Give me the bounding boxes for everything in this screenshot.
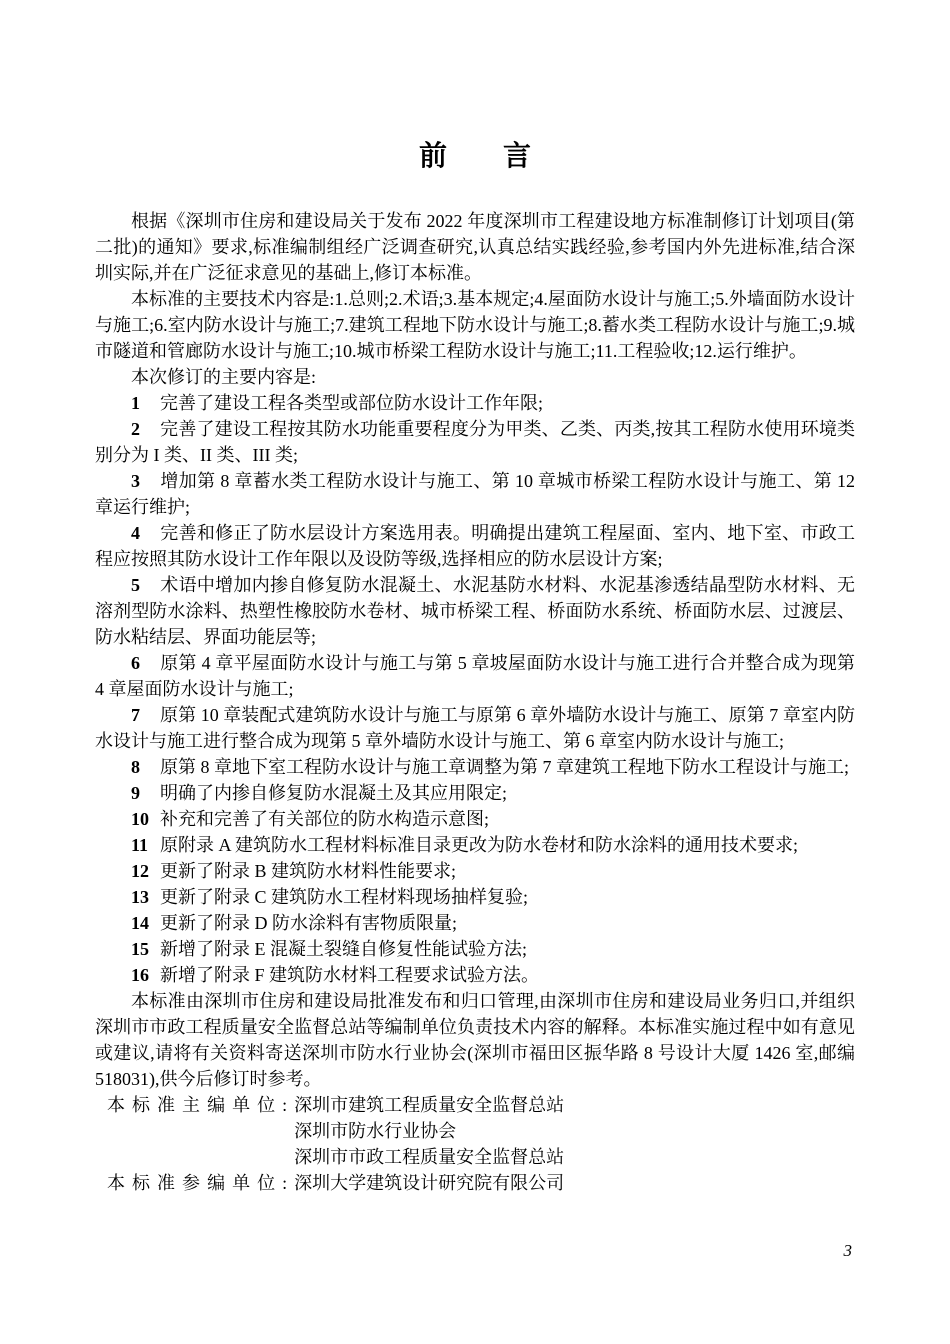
credit-orgs: 深圳大学建筑设计研究院有限公司 (294, 1170, 855, 1196)
item-number: 16 (131, 962, 151, 988)
item-number: 12 (131, 858, 151, 884)
item-text: 完善了建设工程按其防水功能重要程度分为甲类、乙类、丙类,按其工程防水使用环境类别… (95, 419, 855, 465)
item-text: 更新了附录 C 建筑防水工程材料现场抽样复验; (160, 887, 528, 907)
item-number: 10 (131, 806, 151, 832)
item-text: 更新了附录 B 建筑防水材料性能要求; (160, 861, 456, 881)
item-text: 原第 8 章地下室工程防水设计与施工章调整为第 7 章建筑工程地下防水工程设计与… (160, 757, 849, 777)
credit-org: 深圳大学建筑设计研究院有限公司 (294, 1170, 855, 1196)
item-number: 6 (131, 650, 151, 676)
item-text: 增加第 8 章蓄水类工程防水设计与施工、第 10 章城市桥梁工程防水设计与施工、… (95, 471, 855, 517)
credits-section: 本标准主编单位: 深圳市建筑工程质量安全监督总站 深圳市防水行业协会 深圳市市政… (95, 1092, 855, 1196)
list-item: 3增加第 8 章蓄水类工程防水设计与施工、第 10 章城市桥梁工程防水设计与施工… (95, 468, 855, 520)
list-item: 6原第 4 章平屋面防水设计与施工与第 5 章坡屋面防水设计与施工进行合并整合成… (95, 650, 855, 702)
credit-orgs: 深圳市建筑工程质量安全监督总站 深圳市防水行业协会 深圳市市政工程质量安全监督总… (294, 1092, 855, 1170)
list-item: 9明确了内掺自修复防水混凝土及其应用限定; (95, 780, 855, 806)
item-text: 新增了附录 E 混凝土裂缝自修复性能试验方法; (160, 939, 527, 959)
credit-org: 深圳市市政工程质量安全监督总站 (294, 1144, 855, 1170)
page-content: 前 言 根据《深圳市住房和建设局关于发布 2022 年度深圳市工程建设地方标准制… (95, 137, 855, 1196)
body-text: 根据《深圳市住房和建设局关于发布 2022 年度深圳市工程建设地方标准制修订计划… (95, 208, 855, 1092)
item-number: 8 (131, 754, 151, 780)
credit-org: 深圳市建筑工程质量安全监督总站 (294, 1092, 855, 1118)
list-item: 10补充和完善了有关部位的防水构造示意图; (95, 806, 855, 832)
item-text: 原附录 A 建筑防水工程材料标准目录更改为防水卷材和防水涂料的通用技术要求; (160, 835, 798, 855)
list-item: 13更新了附录 C 建筑防水工程材料现场抽样复验; (95, 884, 855, 910)
list-item: 1完善了建设工程各类型或部位防水设计工作年限; (95, 390, 855, 416)
paragraph-contents-overview: 本标准的主要技术内容是:1.总则;2.术语;3.基本规定;4.屋面防水设计与施工… (95, 286, 855, 364)
item-number: 2 (131, 416, 151, 442)
paragraph-intro-1: 根据《深圳市住房和建设局关于发布 2022 年度深圳市工程建设地方标准制修订计划… (95, 208, 855, 286)
item-number: 3 (131, 468, 151, 494)
item-text: 新增了附录 F 建筑防水材料工程要求试验方法。 (160, 965, 539, 985)
list-item: 8原第 8 章地下室工程防水设计与施工章调整为第 7 章建筑工程地下防水工程设计… (95, 754, 855, 780)
item-text: 补充和完善了有关部位的防水构造示意图; (160, 809, 489, 829)
item-number: 15 (131, 936, 151, 962)
list-item: 2完善了建设工程按其防水功能重要程度分为甲类、乙类、丙类,按其工程防水使用环境类… (95, 416, 855, 468)
list-item: 16新增了附录 F 建筑防水材料工程要求试验方法。 (95, 962, 855, 988)
item-number: 14 (131, 910, 151, 936)
credit-label: 本标准主编单位: (107, 1092, 294, 1118)
item-number: 9 (131, 780, 151, 806)
page-number: 3 (844, 1238, 853, 1264)
list-item: 7原第 10 章装配式建筑防水设计与施工与原第 6 章外墙防水设计与施工、原第 … (95, 702, 855, 754)
item-text: 术语中增加内掺自修复防水混凝土、水泥基防水材料、水泥基渗透结晶型防水材料、无溶剂… (95, 575, 855, 647)
item-number: 1 (131, 390, 151, 416)
credit-row-chief-editor: 本标准主编单位: 深圳市建筑工程质量安全监督总站 深圳市防水行业协会 深圳市市政… (95, 1092, 855, 1170)
credit-label: 本标准参编单位: (107, 1170, 294, 1196)
list-item: 15新增了附录 E 混凝土裂缝自修复性能试验方法; (95, 936, 855, 962)
paragraph-closing: 本标准由深圳市住房和建设局批准发布和归口管理,由深圳市住房和建设局业务归口,并组… (95, 988, 855, 1092)
paragraph-revision-intro: 本次修订的主要内容是: (95, 364, 855, 390)
item-text: 更新了附录 D 防水涂料有害物质限量; (160, 913, 457, 933)
list-item: 5术语中增加内掺自修复防水混凝土、水泥基防水材料、水泥基渗透结晶型防水材料、无溶… (95, 572, 855, 650)
item-text: 原第 4 章平屋面防水设计与施工与第 5 章坡屋面防水设计与施工进行合并整合成为… (95, 653, 855, 699)
page-title: 前 言 (95, 137, 855, 177)
item-number: 4 (131, 520, 151, 546)
list-item: 14更新了附录 D 防水涂料有害物质限量; (95, 910, 855, 936)
list-item: 11原附录 A 建筑防水工程材料标准目录更改为防水卷材和防水涂料的通用技术要求; (95, 832, 855, 858)
item-text: 完善和修正了防水层设计方案选用表。明确提出建筑工程屋面、室内、地下室、市政工程应… (95, 523, 855, 569)
item-text: 明确了内掺自修复防水混凝土及其应用限定; (160, 783, 507, 803)
item-number: 7 (131, 702, 151, 728)
list-item: 12更新了附录 B 建筑防水材料性能要求; (95, 858, 855, 884)
item-number: 5 (131, 572, 151, 598)
item-number: 13 (131, 884, 151, 910)
item-text: 完善了建设工程各类型或部位防水设计工作年限; (160, 393, 543, 413)
item-number: 11 (131, 832, 151, 858)
document-page: 前 言 根据《深圳市住房和建设局关于发布 2022 年度深圳市工程建设地方标准制… (0, 0, 950, 1344)
credit-row-participating-editor: 本标准参编单位: 深圳大学建筑设计研究院有限公司 (95, 1170, 855, 1196)
credit-org: 深圳市防水行业协会 (294, 1118, 855, 1144)
list-item: 4完善和修正了防水层设计方案选用表。明确提出建筑工程屋面、室内、地下室、市政工程… (95, 520, 855, 572)
item-text: 原第 10 章装配式建筑防水设计与施工与原第 6 章外墙防水设计与施工、原第 7… (95, 705, 855, 751)
